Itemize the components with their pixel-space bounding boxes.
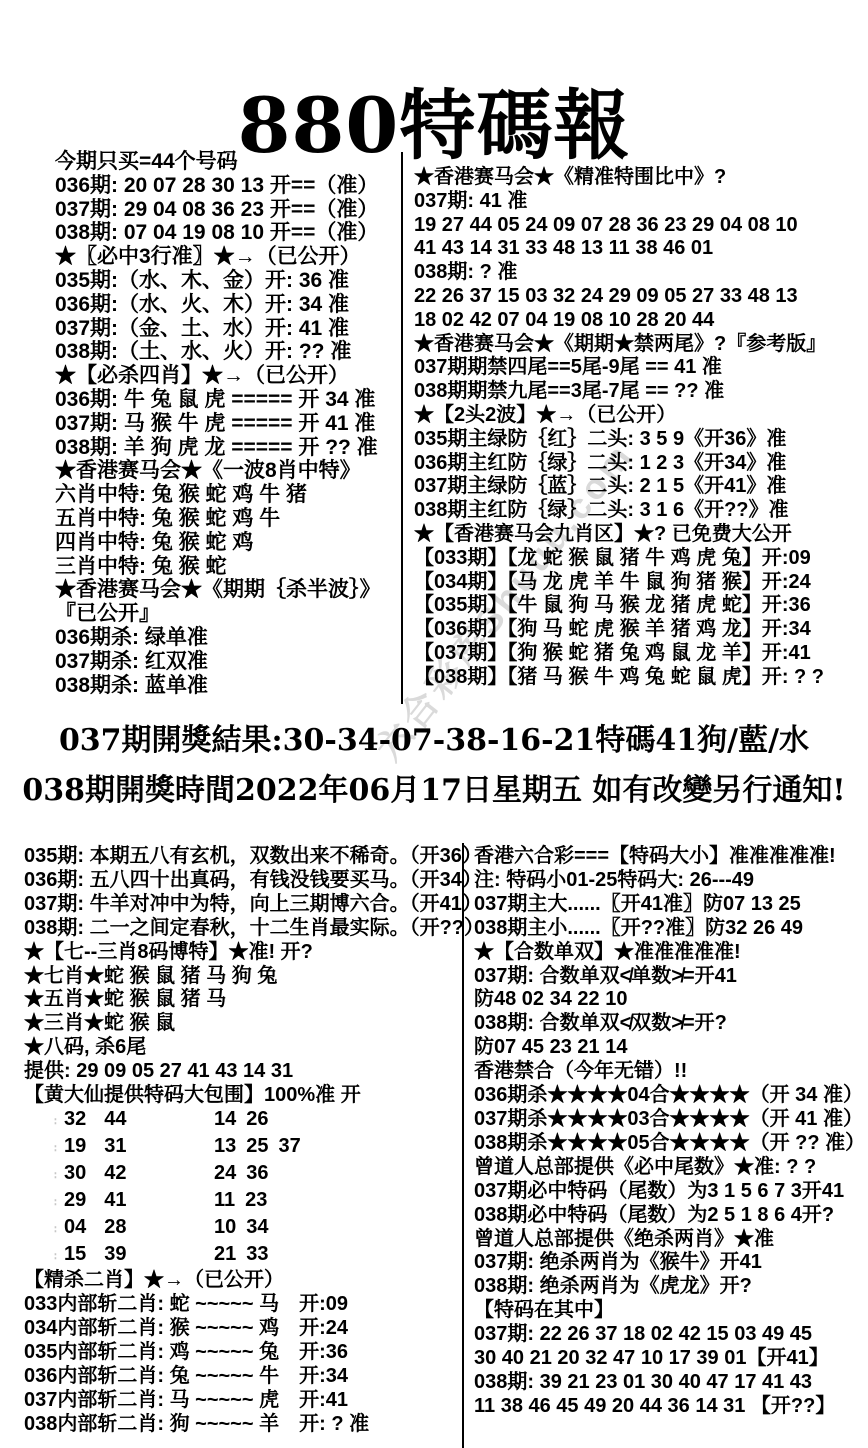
number-grid-cell: 1539 [64, 1243, 214, 1267]
faint-dot-marks: ∶ [54, 1138, 64, 1162]
grid-number: 29 [64, 1189, 86, 1211]
text-line: 037期: 29 04 08 36 23 开==（准） [55, 198, 405, 222]
grid-number: 36 [246, 1162, 268, 1184]
text-line: 037期:（金、土、水）开: 41 准 [55, 317, 405, 341]
number-grid-row: ∶04281034 [24, 1216, 462, 1243]
text-line: 五肖中特: 兔 猴 蛇 鸡 牛 [55, 507, 405, 531]
grid-number: 44 [104, 1108, 126, 1130]
text-line: 038期:（土、水、火）开: ?? 准 [55, 340, 405, 364]
text-line: 036期: 五八四十出真码，有钱没钱要买马。（开34） [24, 869, 462, 893]
grid-number: 21 [214, 1243, 236, 1265]
number-grid-cell: 0428 [64, 1216, 214, 1240]
text-line: 【034期】【马 龙 虎 羊 牛 鼠 狗 猪 猴】开:24 [414, 571, 866, 595]
number-grid-row: ∶32441426 [24, 1108, 462, 1135]
grid-number: 10 [214, 1216, 236, 1238]
number-grid-cell: 2436 [214, 1162, 279, 1186]
text-line: ★七肖★蛇 猴 鼠 猪 马 狗 兔 [24, 965, 462, 989]
text-line: 034内部斩二肖: 猴 ~~~~~ 鸡 开:24 [24, 1317, 462, 1341]
text-line: 四肖中特: 兔 猴 蛇 鸡 [55, 531, 405, 555]
text-line: 037期: 22 26 37 18 02 42 15 03 49 45 [474, 1323, 866, 1347]
text-line: 038期期禁九尾==3尾-7尾 == ?? 准 [414, 380, 866, 404]
number-grid-cell: 132537 [214, 1135, 311, 1159]
text-line: 033内部斩二肖: 蛇 ~~~~~ 马 开:09 [24, 1293, 462, 1317]
text-line: 037期: 马 猴 牛 虎 ===== 开 41 准 [55, 412, 405, 436]
text-line: 30 40 21 20 32 47 10 17 39 01【开41】 [474, 1347, 866, 1371]
faint-dot-marks: ∶ [54, 1219, 64, 1243]
text-line: ★香港赛马会★《精准特围比中》? [414, 166, 866, 190]
grid-number: 15 [64, 1243, 86, 1265]
text-line: ★香港赛马会★《期期★禁两尾》?『参考版』 [414, 333, 866, 357]
text-line: 036期:（水、火、木）开: 34 准 [55, 293, 405, 317]
number-grid-cell: 3042 [64, 1162, 214, 1186]
number-grid: ∶32441426∶1931132537∶30422436∶29411123∶0… [24, 1108, 462, 1269]
text-line: 037期: 合数单双≮单数≯=开41 [474, 965, 866, 989]
lottery-tip-sheet: 六合彩库Shuuu.com 880特碼報 今期只买=44个号码036期: 20 … [0, 0, 868, 1448]
text-line: 038期: 合数单双≮双数≯=开? [474, 1012, 866, 1036]
number-grid-cell: 1123 [214, 1189, 277, 1213]
grid-number: 14 [214, 1108, 236, 1130]
number-grid-row: ∶30422436 [24, 1162, 462, 1189]
grid-number: 42 [104, 1162, 126, 1184]
faint-dot-marks: ∶ [54, 1192, 64, 1216]
text-line: 18 02 42 07 04 19 08 10 28 20 44 [414, 309, 866, 333]
text-line: 035期: 本期五八有玄机，双数出来不稀奇。（开36） [24, 845, 462, 869]
text-line: 【038期】【猪 马 猴 牛 鸡 兔 蛇 鼠 虎】开: ? ? [414, 666, 866, 690]
text-line: ★【七--三肖8码博特】★准! 开? [24, 941, 462, 965]
text-line: 【精杀二肖】★→（已公开） [24, 1269, 462, 1293]
text-line: ★三肖★蛇 猴 鼠 [24, 1012, 462, 1036]
text-line: 037期: 41 准 [414, 190, 866, 214]
text-line: 【特码在其中】 [474, 1299, 866, 1323]
text-line: 036期: 20 07 28 30 13 开==（准） [55, 174, 405, 198]
text-line: ★五肖★蛇 猴 鼠 猪 马 [24, 988, 462, 1012]
text-line: 【037期】【狗 猴 蛇 猪 兔 鸡 鼠 龙 羊】开:41 [414, 642, 866, 666]
number-grid-cell: 2133 [214, 1243, 279, 1267]
number-grid-cell: 3244 [64, 1108, 214, 1132]
text-line: 41 43 14 31 33 48 13 11 38 46 01 [414, 237, 866, 261]
text-line: 036期杀: 绿单准 [55, 626, 405, 650]
text-line: 037内部斩二肖: 马 ~~~~~ 虎 开:41 [24, 1389, 462, 1413]
text-line: 038期: ? 准 [414, 261, 866, 285]
faint-dot-marks: ∶ [54, 1111, 64, 1135]
draw-result-line: 037期開獎結果:30-34-07-38-16-21特碼41狗/藍/水 [0, 716, 868, 766]
text-line: 曾道人总部提供《必中尾数》★准: ? ? [474, 1156, 866, 1180]
number-grid-row: ∶15392133 [24, 1243, 462, 1270]
text-line: 038期: 07 04 19 08 10 开==（准） [55, 221, 405, 245]
text-line: 036内部斩二肖: 兔 ~~~~~ 牛 开:34 [24, 1365, 462, 1389]
text-line: 038期: 39 21 23 01 30 40 47 17 41 43 [474, 1371, 866, 1395]
text-line: 防48 02 34 22 10 [474, 988, 866, 1012]
text-line: 香港禁合（今年无错）!! [474, 1060, 866, 1084]
text-line: 三肖中特: 兔 猴 蛇 [55, 555, 405, 579]
text-line: 『已公开』 [55, 602, 405, 626]
text-line: 【黄大仙提供特码大包围】100%准 开 [24, 1084, 462, 1108]
text-line: 038期主小......〖开??准〗防32 26 49 [474, 917, 866, 941]
number-grid-row: ∶29411123 [24, 1189, 462, 1216]
number-grid-cell: 2941 [64, 1189, 214, 1213]
text-line: 036期: 牛 兔 鼠 虎 ===== 开 34 准 [55, 388, 405, 412]
text-line: 038期: 绝杀两肖为《虎龙》开? [474, 1275, 866, 1299]
grid-number: 04 [64, 1216, 86, 1238]
text-line: 036期主红防｛绿｝二头: 1 2 3《开34》准 [414, 452, 866, 476]
text-line: ★【合数单双】★准准准准准! [474, 941, 866, 965]
text-line: ★香港赛马会★《期期｛杀半波｝》 [55, 578, 405, 602]
grid-number: 24 [214, 1162, 236, 1184]
text-line: 036期杀★★★★04合★★★★（开 34 准） [474, 1084, 866, 1108]
text-line: 19 27 44 05 24 09 07 28 36 23 29 04 08 1… [414, 214, 866, 238]
text-line: 038期杀★★★★05合★★★★（开 ?? 准） [474, 1132, 866, 1156]
number-grid-cell: 1931 [64, 1135, 214, 1159]
text-line: ★【2头2波】★→（已公开） [414, 404, 866, 428]
text-line: 035期主绿防｛红｝二头: 3 5 9《开36》准 [414, 428, 866, 452]
text-line: 【033期】【龙 蛇 猴 鼠 猪 牛 鸡 虎 兔】开:09 [414, 547, 866, 571]
grid-number: 13 [214, 1135, 236, 1157]
grid-number: 11 [214, 1189, 235, 1211]
text-line: ★香港赛马会★《一波8肖中特》 [55, 459, 405, 483]
grid-number: 31 [104, 1135, 126, 1157]
grid-number: 30 [64, 1162, 86, 1184]
text-line: 香港六合彩===【特码大小】准准准准准! [474, 845, 866, 869]
text-line: 【036期】【狗 马 蛇 虎 猴 羊 猪 鸡 龙】开:34 [414, 618, 866, 642]
text-line: 六肖中特: 兔 猴 蛇 鸡 牛 猪 [55, 483, 405, 507]
section-top-right: ★香港赛马会★《精准特围比中》?037期: 41 准19 27 44 05 24… [414, 166, 866, 690]
text-line: 【035期】【牛 鼠 狗 马 猴 龙 猪 虎 蛇】开:36 [414, 594, 866, 618]
text-line: 037期: 绝杀两肖为《猴牛》开41 [474, 1251, 866, 1275]
number-grid-cell: 1426 [214, 1108, 279, 1132]
grid-number: 19 [64, 1135, 86, 1157]
grid-number: 32 [64, 1108, 86, 1130]
grid-number: 41 [104, 1189, 126, 1211]
text-line: 035内部斩二肖: 鸡 ~~~~~ 兔 开:36 [24, 1341, 462, 1365]
number-grid-cell: 1034 [214, 1216, 279, 1240]
grid-number: 33 [246, 1243, 268, 1265]
grid-number: 25 [246, 1135, 268, 1157]
faint-dot-marks: ∶ [54, 1165, 64, 1189]
section-bottom-right: 香港六合彩===【特码大小】准准准准准!注: 特码小01-25特码大: 26--… [474, 845, 866, 1419]
text-line: 038期: 二一之间定春秋，十二生肖最实际。（开??） [24, 917, 462, 941]
grid-number: 28 [104, 1216, 126, 1238]
grid-number: 34 [246, 1216, 268, 1238]
text-line: ★八码, 杀6尾 [24, 1036, 462, 1060]
bottom-left-top-lines: 035期: 本期五八有玄机，双数出来不稀奇。（开36）036期: 五八四十出真码… [24, 845, 462, 1108]
text-line: 037期期禁四尾==5尾-9尾 == 41 准 [414, 356, 866, 380]
text-line: 038期杀: 蓝单准 [55, 674, 405, 698]
text-line: 037期: 牛羊对冲中为特，向上三期博六合。（开41） [24, 893, 462, 917]
next-draw-time-line: 038期開獎時間2022年06月17日星期五 如有改變另行通知! [0, 766, 868, 816]
grid-number: 37 [279, 1135, 301, 1157]
text-line: 037期杀★★★★03合★★★★（开 41 准） [474, 1108, 866, 1132]
grid-number: 26 [246, 1108, 268, 1130]
bottom-left-lower-lines: 【精杀二肖】★→（已公开）033内部斩二肖: 蛇 ~~~~~ 马 开:09034… [24, 1269, 462, 1436]
section-bottom-left: 035期: 本期五八有玄机，双数出来不稀奇。（开36）036期: 五八四十出真码… [24, 845, 462, 1437]
text-line: 037期主绿防｛蓝｝二头: 2 1 5《开41》准 [414, 475, 866, 499]
text-line: 注: 特码小01-25特码大: 26---49 [474, 869, 866, 893]
faint-dot-marks: ∶ [54, 1246, 64, 1270]
text-line: 037期杀: 红双准 [55, 650, 405, 674]
section-top-left: 今期只买=44个号码036期: 20 07 28 30 13 开==（准）037… [55, 150, 405, 697]
grid-number: 23 [245, 1189, 267, 1211]
number-grid-row: ∶1931132537 [24, 1135, 462, 1162]
draw-result-banner: 037期開獎結果:30-34-07-38-16-21特碼41狗/藍/水 038期… [0, 716, 868, 816]
text-line: 038期: 羊 狗 虎 龙 ===== 开 ?? 准 [55, 436, 405, 460]
text-line: ★【必杀四肖】★→（已公开） [55, 364, 405, 388]
text-line: 曾道人总部提供《绝杀两肖》★准 [474, 1228, 866, 1252]
text-line: ★【香港赛马会九肖区】★? 已免费大公开 [414, 523, 866, 547]
text-line: 今期只买=44个号码 [55, 150, 405, 174]
grid-number: 39 [104, 1243, 126, 1265]
text-line: 11 38 46 45 49 20 44 36 14 31 【开??】 [474, 1395, 866, 1419]
text-line: ★〖必中3行准〗★→（已公开） [55, 245, 405, 269]
text-line: 038期主红防｛绿｝二头: 3 1 6《开??》准 [414, 499, 866, 523]
text-line: 防07 45 23 21 14 [474, 1036, 866, 1060]
text-line: 22 26 37 15 03 32 24 29 09 05 27 33 48 1… [414, 285, 866, 309]
text-line: 037期必中特码（尾数）为3 1 5 6 7 3开41 [474, 1180, 866, 1204]
text-line: 038期必中特码（尾数）为2 5 1 8 6 4开? [474, 1204, 866, 1228]
text-line: 037期主大......〖开41准〗防07 13 25 [474, 893, 866, 917]
text-line: 提供: 29 09 05 27 41 43 14 31 [24, 1060, 462, 1084]
text-line: 035期:（水、木、金）开: 36 准 [55, 269, 405, 293]
text-line: 038内部斩二肖: 狗 ~~~~~ 羊 开: ? 准 [24, 1413, 462, 1437]
